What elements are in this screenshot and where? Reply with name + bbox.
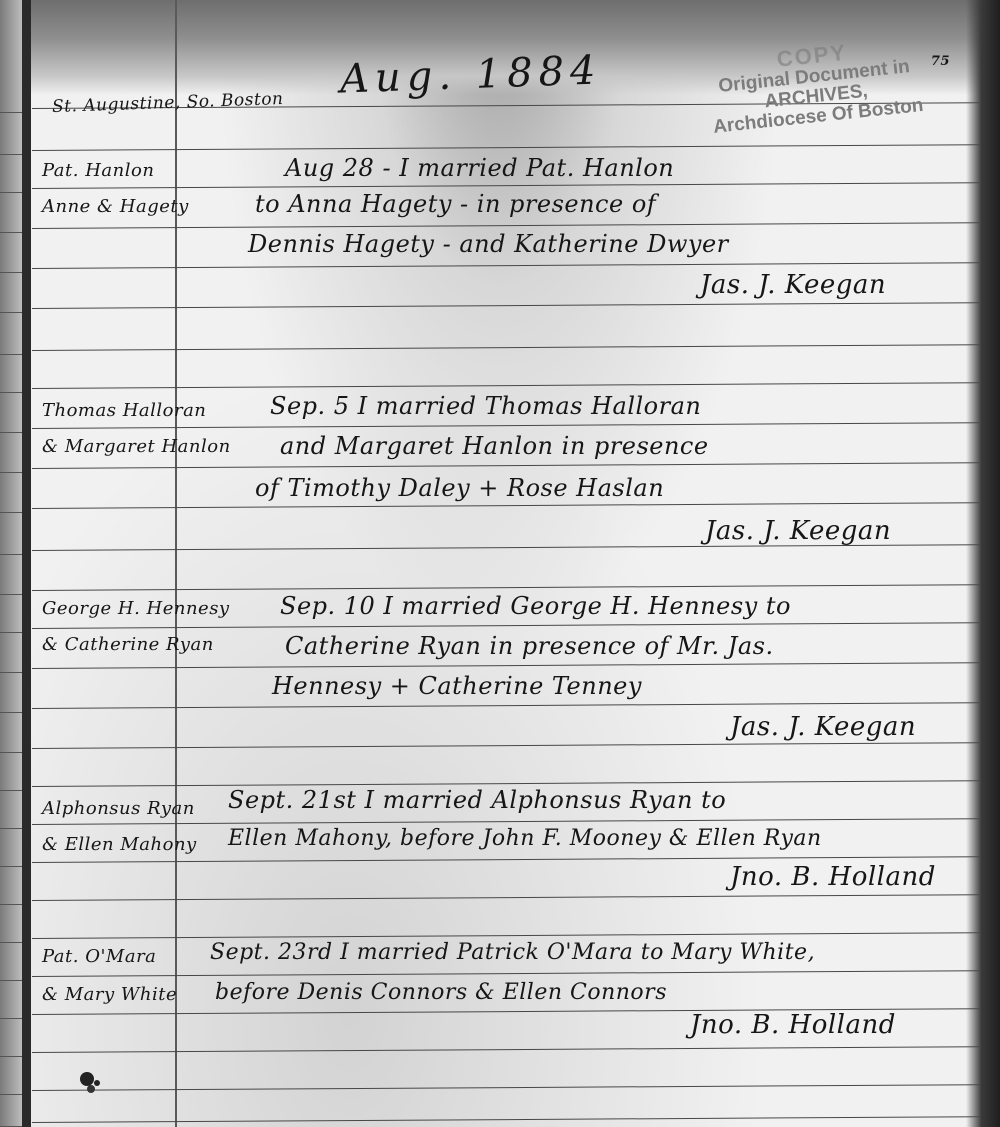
entry-line: Sept. 21st I married Alphonsus Ryan to [228, 786, 726, 814]
margin-rule [175, 0, 177, 1127]
entry-line: Hennesy + Catherine Tenney [272, 672, 642, 700]
ruled-line-stub [0, 790, 22, 791]
entry-line: to Anna Hagety - in presence of [255, 190, 656, 218]
ruled-line-stub [0, 752, 22, 753]
ruled-line-stub [0, 594, 22, 595]
page-left-edge [0, 0, 22, 1127]
entry-line: before Denis Connors & Ellen Connors [215, 980, 667, 1005]
entry-line: Dennis Hagety - and Katherine Dwyer [248, 230, 729, 258]
ink-blot [80, 1072, 94, 1086]
officiant-signature: Jas. J. Keegan [705, 516, 891, 546]
ruled-line-stub [0, 942, 22, 943]
header-date: Aug. 1884 [339, 47, 602, 102]
ruled-line-stub [0, 632, 22, 633]
officiant-signature: Jas. J. Keegan [700, 270, 886, 300]
bride-name: & Catherine Ryan [42, 634, 214, 655]
entry-line: Ellen Mahony, before John F. Mooney & El… [228, 826, 822, 851]
binding-rule [22, 0, 31, 1127]
ruled-line-stub [0, 980, 22, 981]
groom-name: Alphonsus Ryan [42, 798, 195, 819]
bride-name: Anne & Hagety [42, 196, 189, 217]
ruled-line-stub [0, 154, 22, 155]
groom-name: Thomas Halloran [42, 400, 206, 421]
ruled-line-stub [0, 554, 22, 555]
bride-name: & Ellen Mahony [42, 834, 197, 855]
entry-line: Sept. 23rd I married Patrick O'Mara to M… [210, 940, 815, 965]
officiant-signature: Jno. B. Holland [730, 862, 936, 892]
ruled-line-stub [0, 904, 22, 905]
entry-line: of Timothy Daley + Rose Haslan [255, 474, 664, 502]
ruled-line-stub [0, 1094, 22, 1095]
register-page: 75 St. Augustine, So. Boston Aug. 1884 C… [0, 0, 1000, 1127]
ruled-line-stub [0, 232, 22, 233]
ruled-line-stub [0, 472, 22, 473]
ruled-line-stub [0, 432, 22, 433]
ruled-line-stub [0, 392, 22, 393]
bride-name: & Margaret Hanlon [42, 436, 231, 457]
scan-shadow-right [966, 0, 1000, 1127]
ruled-line-stub [0, 512, 22, 513]
ruled-line-stub [0, 354, 22, 355]
entry-line: and Margaret Hanlon in presence [280, 432, 709, 460]
entry-line: Sep. 5 I married Thomas Halloran [270, 392, 701, 420]
entry-line: Catherine Ryan in presence of Mr. Jas. [285, 632, 774, 660]
ruled-line-stub [0, 1056, 22, 1057]
groom-name: Pat. Hanlon [42, 160, 154, 181]
ruled-line-stub [0, 312, 22, 313]
ruled-line-stub [0, 672, 22, 673]
entry-line: Sep. 10 I married George H. Hennesy to [280, 592, 791, 620]
groom-name: George H. Hennesy [42, 598, 230, 619]
entry-line: Aug 28 - I married Pat. Hanlon [285, 154, 674, 182]
officiant-signature: Jas. J. Keegan [730, 712, 916, 742]
ruled-line-stub [0, 1018, 22, 1019]
ruled-line-stub [0, 192, 22, 193]
bride-name: & Mary White [42, 984, 177, 1005]
ruled-line-stub [0, 712, 22, 713]
ruled-line-stub [0, 272, 22, 273]
ruled-line-stub [0, 866, 22, 867]
ruled-line-stub [0, 828, 22, 829]
groom-name: Pat. O'Mara [42, 946, 156, 967]
ruled-line-stub [0, 112, 22, 113]
officiant-signature: Jno. B. Holland [690, 1010, 896, 1040]
